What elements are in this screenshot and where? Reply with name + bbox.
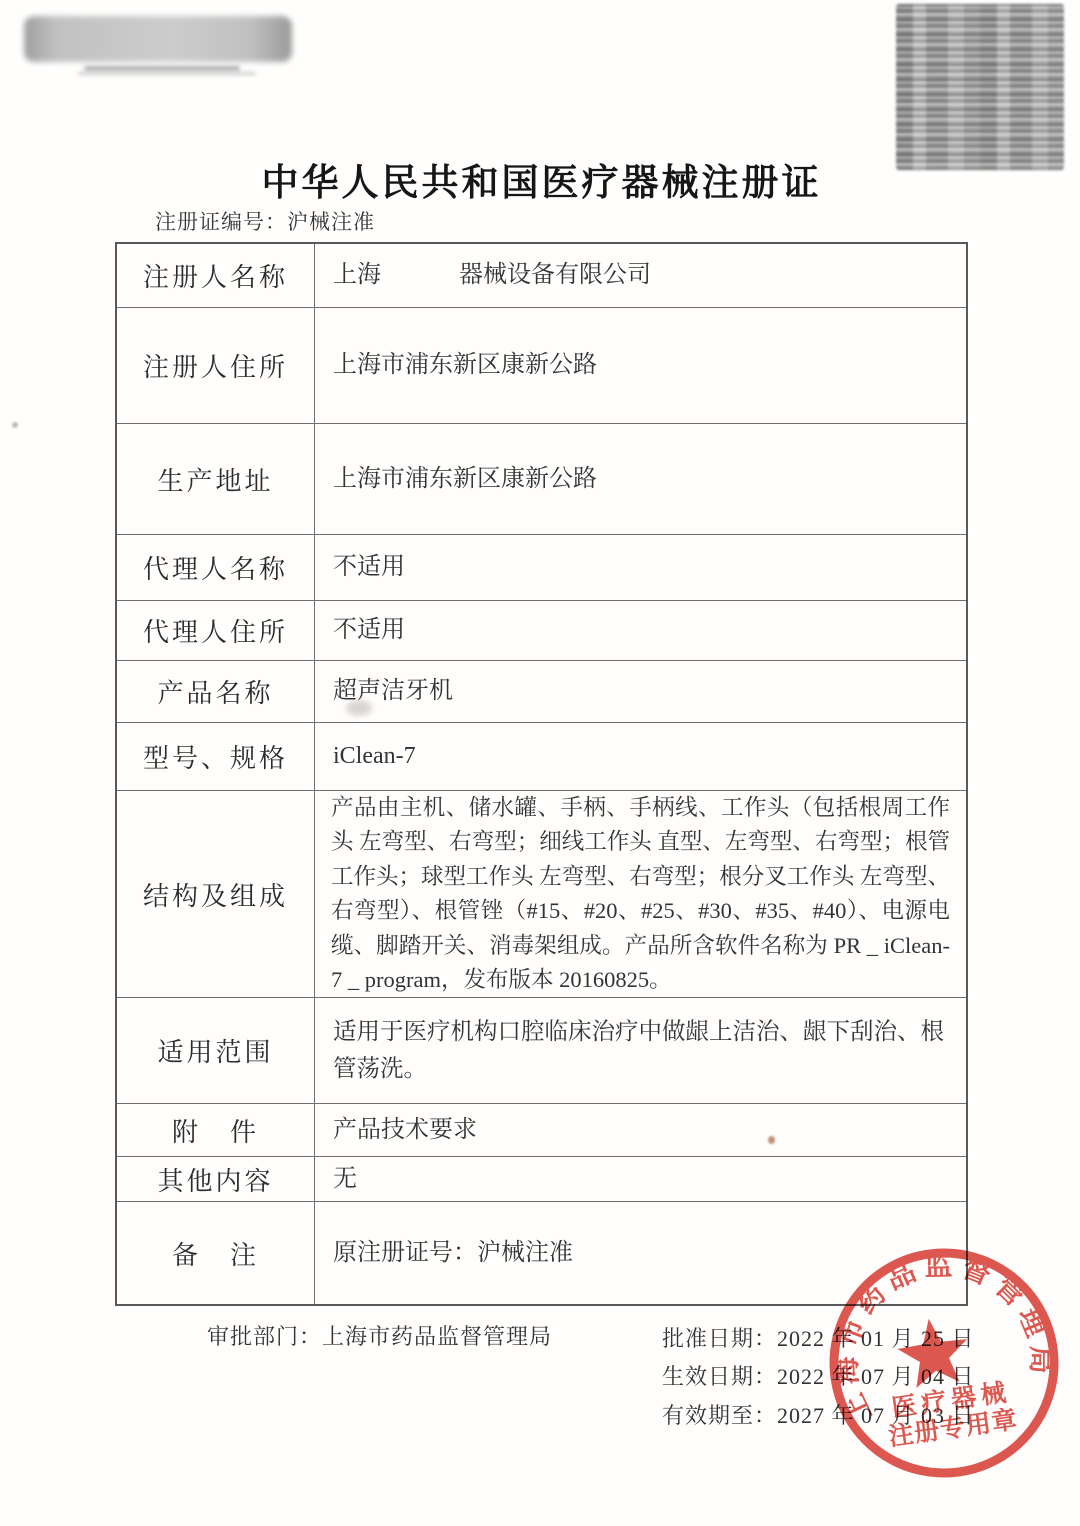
table-row-registrant-name: 注册人名称 上海 器械设备有限公司 [117,244,966,308]
row-label: 产品名称 [117,661,315,722]
table-row-scope-of-application: 适用范围 适用于医疗机构口腔临床治疗中做龈上洁治、龈下刮治、根管荡洗。 [117,998,966,1104]
row-value: 产品技术要求 [315,1104,966,1156]
redacted-barcode-icon [896,4,1064,170]
table-row-model-spec: 型号、规格 iClean-7 [117,723,966,791]
smudge-underline-icon [84,66,240,71]
row-label: 生产地址 [117,424,315,534]
certificate-page: 中华人民共和国医疗器械注册证 注册证编号：沪械注准 注册人名称 上海 器械设备有… [0,0,1080,1526]
row-value: iClean-7 [315,723,966,790]
row-value: 无 [315,1157,966,1201]
official-red-seal-icon: 上海市药品监督管理局 医疗器械 注册专用章 [810,1229,1078,1497]
certificate-table: 注册人名称 上海 器械设备有限公司 注册人住所 上海市浦东新区康新公路 生产地址… [115,242,968,1306]
approval-date-label: 批准日期： [662,1322,777,1353]
row-label: 代理人住所 [117,601,315,660]
table-row-agent-address: 代理人住所 不适用 [117,601,966,661]
row-value: 上海市浦东新区康新公路 [315,424,966,534]
scan-speck [12,422,18,428]
seal-star-icon [894,1314,973,1390]
cert-number-line: 注册证编号：沪械注准 [155,206,375,236]
table-row-registrant-address: 注册人住所 上海市浦东新区康新公路 [117,308,966,424]
row-label: 结构及组成 [117,791,315,997]
row-label: 代理人名称 [117,535,315,600]
table-row-product-name: 产品名称 超声洁牙机 [117,661,966,723]
row-value: 不适用 [315,535,966,600]
redacted-ink-smudge-icon [24,16,292,62]
row-label: 注册人名称 [117,244,315,307]
row-value: 超声洁牙机 [315,661,966,722]
row-label: 型号、规格 [117,723,315,790]
cert-number-label: 注册证编号： [155,210,287,234]
effective-date-label: 生效日期： [662,1360,777,1391]
row-label: 备 注 [117,1202,315,1304]
row-value: 不适用 [315,601,966,660]
row-label: 适用范围 [117,998,315,1103]
page-title: 中华人民共和国医疗器械注册证 [115,152,968,206]
row-value: 产品由主机、储水罐、手柄、手柄线、工作头（包括根周工作头 左弯型、右弯型；细线工… [315,791,966,997]
row-value: 适用于医疗机构口腔临床治疗中做龈上洁治、龈下刮治、根管荡洗。 [315,998,966,1103]
row-value: 上海市浦东新区康新公路 [315,308,966,423]
cert-number-value: 沪械注准 [287,210,375,234]
approval-department-line: 审批部门：上海市药品监督管理局 [207,1320,552,1351]
table-row-agent-name: 代理人名称 不适用 [117,535,966,601]
table-row-attachment: 附 件 产品技术要求 [117,1104,966,1157]
row-label: 注册人住所 [117,308,315,423]
table-row-other-content: 其他内容 无 [117,1157,966,1202]
expiry-date-label: 有效期至： [662,1399,777,1430]
table-row-structure-composition: 结构及组成 产品由主机、储水罐、手柄、手柄线、工作头（包括根周工作头 左弯型、右… [117,791,966,998]
table-row-production-address: 生产地址 上海市浦东新区康新公路 [117,424,966,535]
row-label: 附 件 [117,1104,315,1156]
smudge-underline2-icon [78,72,256,75]
row-value: 上海 器械设备有限公司 [315,244,966,307]
row-label: 其他内容 [117,1157,315,1201]
approval-department-label: 审批部门： [207,1324,322,1349]
approval-department-value: 上海市药品监督管理局 [322,1324,552,1349]
